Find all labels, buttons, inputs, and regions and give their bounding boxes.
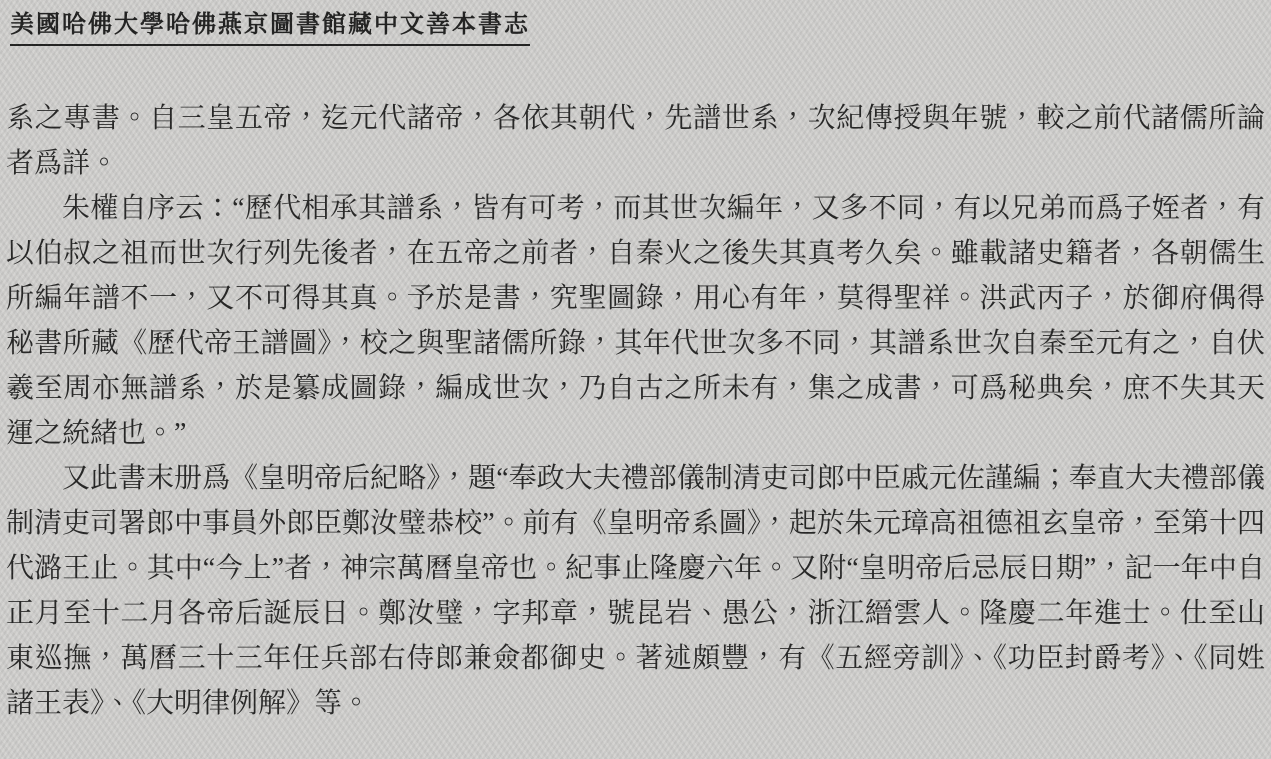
- paragraph-zhuquan-preface: 朱權自序云：“歷代相承其譜系，皆有可考，而其世次編年，又多不同，有以兄弟而爲子姪…: [6, 186, 1265, 456]
- document-body: 系之專書。自三皇五帝，迄元代諸帝，各依其朝代，先譜世系，次紀傳授與年號，較之前代…: [6, 96, 1265, 726]
- paragraph-huangming-notes: 又此書末册爲《皇明帝后紀略》，題“奉政大夫禮部儀制清吏司郎中臣戚元佐謹編；奉直大…: [6, 456, 1265, 726]
- page-container: 美國哈佛大學哈佛燕京圖書館藏中文善本書志 系之專書。自三皇五帝，迄元代諸帝，各依…: [0, 0, 1271, 759]
- paragraph-continuation: 系之專書。自三皇五帝，迄元代諸帝，各依其朝代，先譜世系，次紀傳授與年號，較之前代…: [6, 96, 1265, 186]
- page-header: 美國哈佛大學哈佛燕京圖書館藏中文善本書志: [10, 12, 1265, 46]
- page-title: 美國哈佛大學哈佛燕京圖書館藏中文善本書志: [10, 12, 530, 46]
- scanned-page: { "header": { "title": "美國哈佛大學哈佛燕京圖書館藏中文…: [0, 0, 1271, 759]
